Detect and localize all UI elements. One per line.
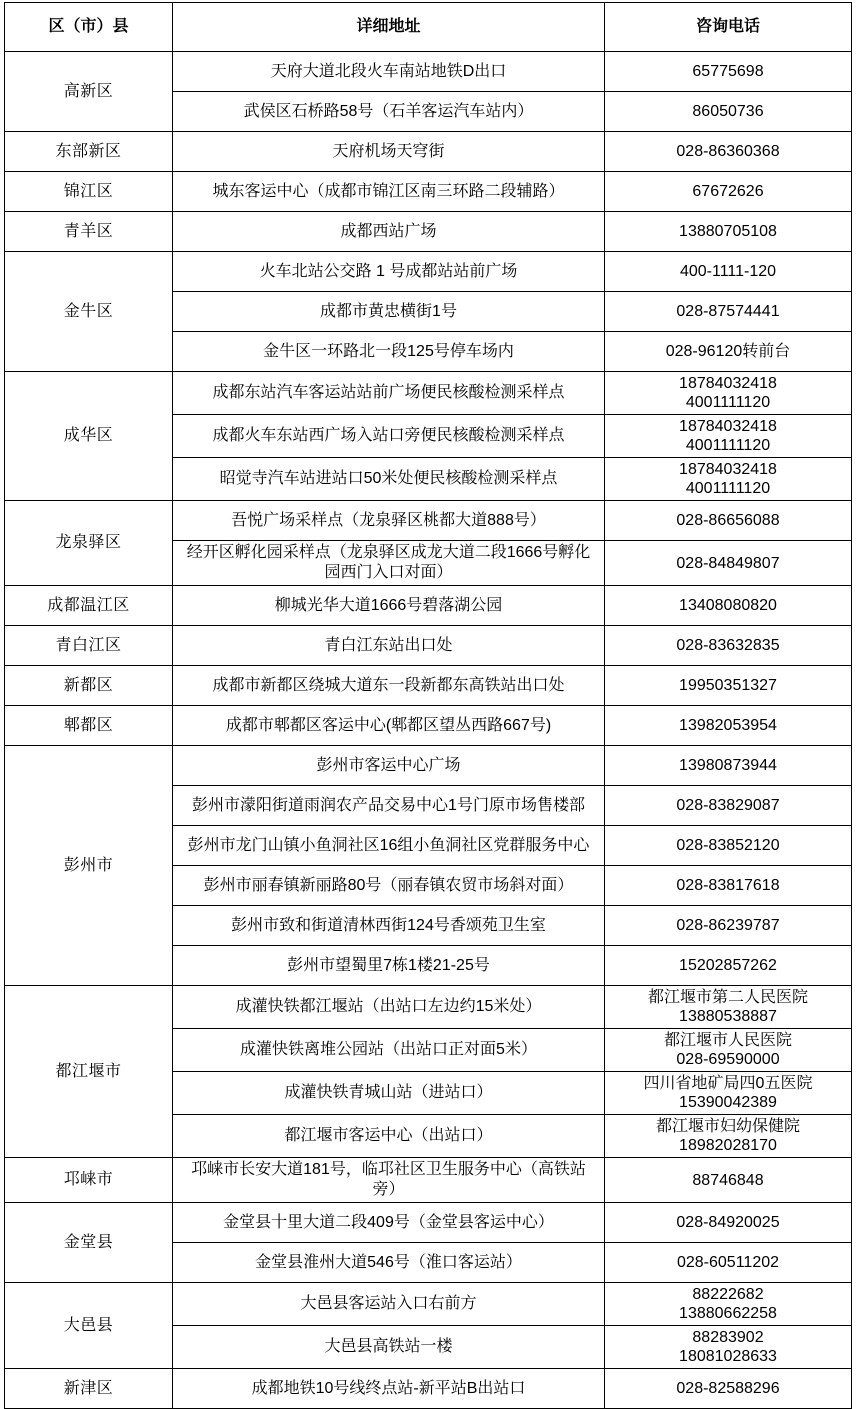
table-row: 青羊区成都西站广场13880705108 [5, 212, 852, 252]
phone-cell: 028-86360368 [605, 132, 852, 172]
phone-cell: 187840324184001111120 [605, 415, 852, 458]
phone-cell: 028-87574441 [605, 292, 852, 332]
phone-line: 15202857262 [613, 956, 843, 975]
phone-line: 15390042389 [613, 1093, 843, 1112]
phone-cell: 19950351327 [605, 666, 852, 706]
phone-line: 028-96120转前台 [613, 342, 843, 361]
table-row: 彭州市彭州市客运中心广场13980873944 [5, 746, 852, 786]
header-phone-column: 咨询电话 [605, 3, 852, 52]
phone-line: 4001111120 [613, 393, 843, 412]
address-cell: 彭州市丽春镇新丽路80号（丽春镇农贸市场斜对面） [173, 866, 605, 906]
phone-line: 028-86239787 [613, 916, 843, 935]
phone-line: 18784032418 [613, 460, 843, 479]
table-row: 新都区成都市新都区绕城大道东一段新都东高铁站出口处19950351327 [5, 666, 852, 706]
phone-cell: 028-96120转前台 [605, 332, 852, 372]
phone-line: 028-86656088 [613, 511, 843, 530]
table-row: 都江堰市成灌快铁都江堰站（出站口左边约15米处）都江堰市第二人民医院138805… [5, 986, 852, 1029]
phone-cell: 028-83852120 [605, 826, 852, 866]
table-row: 金牛区火车北站公交路 1 号成都站站前广场400-1111-120 [5, 252, 852, 292]
address-cell: 成都火车东站西广场入站口旁便民核酸检测采样点 [173, 415, 605, 458]
phone-line: 18982028170 [613, 1136, 843, 1155]
address-cell: 成都市黄忠横街1号 [173, 292, 605, 332]
table-row: 成华区成都东站汽车客运站站前广场便民核酸检测采样点187840324184001… [5, 372, 852, 415]
district-cell: 龙泉驿区 [5, 501, 173, 586]
phone-cell: 67672626 [605, 172, 852, 212]
address-cell: 经开区孵化园采样点（龙泉驿区成龙大道二段1666号孵化园西门入口对面） [173, 541, 605, 586]
phone-line: 88222682 [613, 1285, 843, 1304]
district-cell: 成都温江区 [5, 586, 173, 626]
phone-line: 4001111120 [613, 436, 843, 455]
phone-line: 88746848 [613, 1171, 843, 1190]
address-cell: 彭州市客运中心广场 [173, 746, 605, 786]
phone-cell: 028-83817618 [605, 866, 852, 906]
phone-cell: 028-82588296 [605, 1369, 852, 1409]
phone-line: 88283902 [613, 1328, 843, 1347]
address-cell: 天府大道北段火车南站地铁D出口 [173, 52, 605, 92]
address-cell: 彭州市濛阳街道雨润农产品交易中心1号门原市场售楼部 [173, 786, 605, 826]
table-row: 锦江区城东客运中心（成都市锦江区南三环路二段辅路）67672626 [5, 172, 852, 212]
phone-line: 都江堰市妇幼保健院 [613, 1117, 843, 1136]
address-cell: 成都地铁10号线终点站-新平站B出站口 [173, 1369, 605, 1409]
address-cell: 昭觉寺汽车站进站口50米处便民核酸检测采样点 [173, 458, 605, 501]
phone-cell: 13408080820 [605, 586, 852, 626]
address-cell: 都江堰市客运中心（出站口） [173, 1115, 605, 1158]
phone-line: 028-83632835 [613, 636, 843, 655]
address-cell: 成都西站广场 [173, 212, 605, 252]
header-row: 区（市）县 详细地址 咨询电话 [5, 3, 852, 52]
phone-line: 13880538887 [613, 1007, 843, 1026]
phone-line: 19950351327 [613, 676, 843, 695]
address-cell: 青白江东站出口处 [173, 626, 605, 666]
phone-cell: 028-60511202 [605, 1243, 852, 1283]
phone-line: 13880662258 [613, 1304, 843, 1323]
phone-line: 18081028633 [613, 1347, 843, 1366]
address-cell: 成都市新都区绕城大道东一段新都东高铁站出口处 [173, 666, 605, 706]
phone-line: 13982053954 [613, 716, 843, 735]
phone-line: 86050736 [613, 102, 843, 121]
district-cell: 金堂县 [5, 1203, 173, 1283]
phone-line: 18784032418 [613, 374, 843, 393]
phone-cell: 13982053954 [605, 706, 852, 746]
district-cell: 锦江区 [5, 172, 173, 212]
address-cell: 彭州市龙门山镇小鱼洞社区16组小鱼洞社区党群服务中心 [173, 826, 605, 866]
phone-cell: 四川省地矿局四0五医院15390042389 [605, 1072, 852, 1115]
district-cell: 高新区 [5, 52, 173, 132]
phone-cell: 65775698 [605, 52, 852, 92]
table-row: 大邑县大邑县客运站入口右前方8822268213880662258 [5, 1283, 852, 1326]
phone-cell: 028-84920025 [605, 1203, 852, 1243]
address-cell: 成灌快铁离堆公园站（出站口正对面5米） [173, 1029, 605, 1072]
phone-line: 4001111120 [613, 479, 843, 498]
phone-line: 都江堰市人民医院 [613, 1031, 843, 1050]
testing-sites-table: 区（市）县 详细地址 咨询电话 高新区天府大道北段火车南站地铁D出口657756… [4, 2, 852, 1409]
address-cell: 城东客运中心（成都市锦江区南三环路二段辅路） [173, 172, 605, 212]
phone-cell: 028-84849807 [605, 541, 852, 586]
phone-cell: 都江堰市妇幼保健院18982028170 [605, 1115, 852, 1158]
phone-line: 028-82588296 [613, 1379, 843, 1398]
phone-cell: 187840324184001111120 [605, 372, 852, 415]
table-row: 郫都区成都市郫都区客运中心(郫都区望丛西路667号)13982053954 [5, 706, 852, 746]
district-cell: 彭州市 [5, 746, 173, 986]
address-cell: 彭州市望蜀里7栋1楼21-25号 [173, 946, 605, 986]
district-cell: 东部新区 [5, 132, 173, 172]
address-cell: 大邑县客运站入口右前方 [173, 1283, 605, 1326]
phone-cell: 187840324184001111120 [605, 458, 852, 501]
table-row: 新津区成都地铁10号线终点站-新平站B出站口028-82588296 [5, 1369, 852, 1409]
address-cell: 金牛区一环路北一段125号停车场内 [173, 332, 605, 372]
address-cell: 天府机场天穹街 [173, 132, 605, 172]
phone-line: 四川省地矿局四0五医院 [613, 1074, 843, 1093]
table-row: 邛崃市邛崃市长安大道181号，临邛社区卫生服务中心（高铁站旁）88746848 [5, 1158, 852, 1203]
phone-line: 028-83817618 [613, 876, 843, 895]
phone-line: 都江堰市第二人民医院 [613, 988, 843, 1007]
header-address-column: 详细地址 [173, 3, 605, 52]
phone-cell: 028-86239787 [605, 906, 852, 946]
phone-line: 13880705108 [613, 222, 843, 241]
table-header: 区（市）县 详细地址 咨询电话 [5, 3, 852, 52]
address-cell: 成都东站汽车客运站站前广场便民核酸检测采样点 [173, 372, 605, 415]
district-cell: 金牛区 [5, 252, 173, 372]
phone-line: 67672626 [613, 182, 843, 201]
phone-cell: 400-1111-120 [605, 252, 852, 292]
address-cell: 邛崃市长安大道181号，临邛社区卫生服务中心（高铁站旁） [173, 1158, 605, 1203]
header-district-column: 区（市）县 [5, 3, 173, 52]
district-cell: 新都区 [5, 666, 173, 706]
address-cell: 成灌快铁都江堰站（出站口左边约15米处） [173, 986, 605, 1029]
phone-line: 400-1111-120 [613, 262, 843, 281]
address-cell: 成灌快铁青城山站（进站口） [173, 1072, 605, 1115]
district-cell: 青白江区 [5, 626, 173, 666]
table-row: 成都温江区柳城光华大道1666号碧落湖公园13408080820 [5, 586, 852, 626]
address-cell: 吾悦广场采样点（龙泉驿区桃都大道888号） [173, 501, 605, 541]
phone-cell: 88746848 [605, 1158, 852, 1203]
phone-cell: 8828390218081028633 [605, 1326, 852, 1369]
address-cell: 金堂县十里大道二段409号（金堂县客运中心） [173, 1203, 605, 1243]
phone-line: 18784032418 [613, 417, 843, 436]
district-cell: 大邑县 [5, 1283, 173, 1369]
address-cell: 彭州市致和街道清林西街124号香颂苑卫生室 [173, 906, 605, 946]
phone-cell: 028-83632835 [605, 626, 852, 666]
phone-line: 028-86360368 [613, 142, 843, 161]
phone-cell: 15202857262 [605, 946, 852, 986]
table-row: 青白江区青白江东站出口处028-83632835 [5, 626, 852, 666]
phone-cell: 都江堰市人民医院028-69590000 [605, 1029, 852, 1072]
district-cell: 邛崃市 [5, 1158, 173, 1203]
district-cell: 成华区 [5, 372, 173, 501]
address-cell: 柳城光华大道1666号碧落湖公园 [173, 586, 605, 626]
phone-line: 028-83829087 [613, 796, 843, 815]
phone-cell: 8822268213880662258 [605, 1283, 852, 1326]
table-body: 高新区天府大道北段火车南站地铁D出口65775698武侯区石桥路58号（石羊客运… [5, 52, 852, 1409]
address-cell: 金堂县淮州大道546号（淮口客运站） [173, 1243, 605, 1283]
address-cell: 火车北站公交路 1 号成都站站前广场 [173, 252, 605, 292]
district-cell: 都江堰市 [5, 986, 173, 1158]
table-row: 东部新区天府机场天穹街028-86360368 [5, 132, 852, 172]
phone-line: 028-84849807 [613, 554, 843, 573]
phone-line: 028-60511202 [613, 1253, 843, 1272]
phone-cell: 86050736 [605, 92, 852, 132]
phone-line: 13980873944 [613, 756, 843, 775]
phone-cell: 028-83829087 [605, 786, 852, 826]
phone-line: 028-84920025 [613, 1213, 843, 1232]
table-row: 龙泉驿区吾悦广场采样点（龙泉驿区桃都大道888号）028-86656088 [5, 501, 852, 541]
district-cell: 新津区 [5, 1369, 173, 1409]
phone-cell: 都江堰市第二人民医院13880538887 [605, 986, 852, 1029]
address-cell: 成都市郫都区客运中心(郫都区望丛西路667号) [173, 706, 605, 746]
table-row: 高新区天府大道北段火车南站地铁D出口65775698 [5, 52, 852, 92]
phone-line: 028-69590000 [613, 1050, 843, 1069]
address-cell: 大邑县高铁站一楼 [173, 1326, 605, 1369]
phone-line: 65775698 [613, 62, 843, 81]
district-cell: 郫都区 [5, 706, 173, 746]
district-cell: 青羊区 [5, 212, 173, 252]
address-cell: 武侯区石桥路58号（石羊客运汽车站内） [173, 92, 605, 132]
phone-line: 13408080820 [613, 596, 843, 615]
testing-sites-page: 区（市）县 详细地址 咨询电话 高新区天府大道北段火车南站地铁D出口657756… [0, 0, 856, 1382]
phone-cell: 13980873944 [605, 746, 852, 786]
phone-line: 028-83852120 [613, 836, 843, 855]
phone-cell: 028-86656088 [605, 501, 852, 541]
table-row: 金堂县金堂县十里大道二段409号（金堂县客运中心）028-84920025 [5, 1203, 852, 1243]
phone-line: 028-87574441 [613, 302, 843, 321]
phone-cell: 13880705108 [605, 212, 852, 252]
